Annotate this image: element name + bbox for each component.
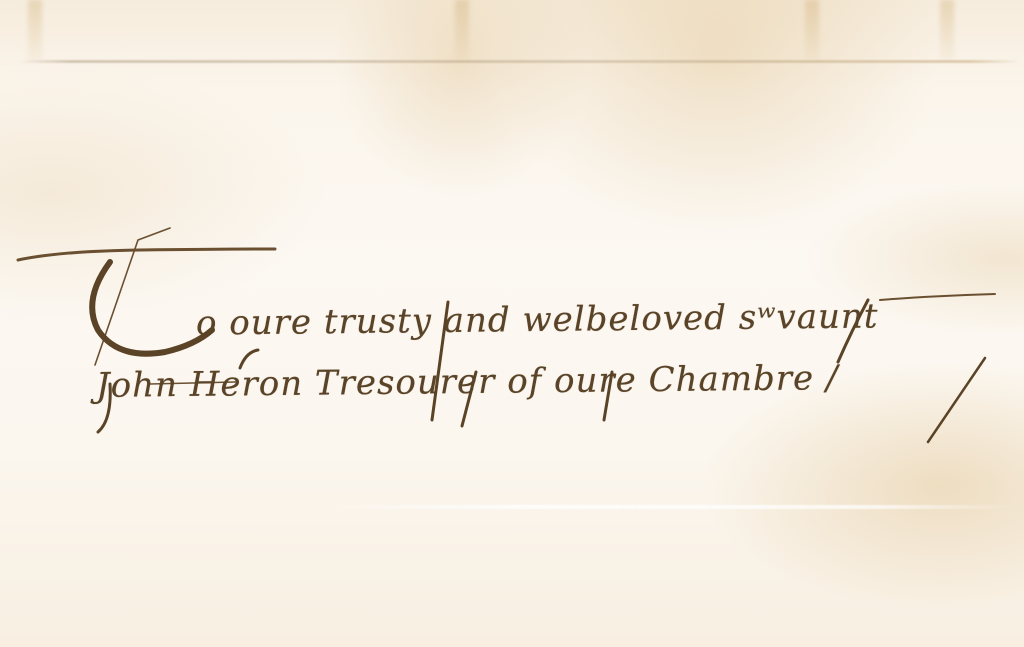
manuscript-page: o oure trusty and welbeloved sʷvaunt Joh… [0,0,1024,647]
address-line-2: John Heron Tresourer of oure Chambre / [96,358,839,406]
address-line-1: o oure trusty and welbeloved sʷvaunt [196,296,879,343]
address-block: o oure trusty and welbeloved sʷvaunt Joh… [0,0,1024,647]
